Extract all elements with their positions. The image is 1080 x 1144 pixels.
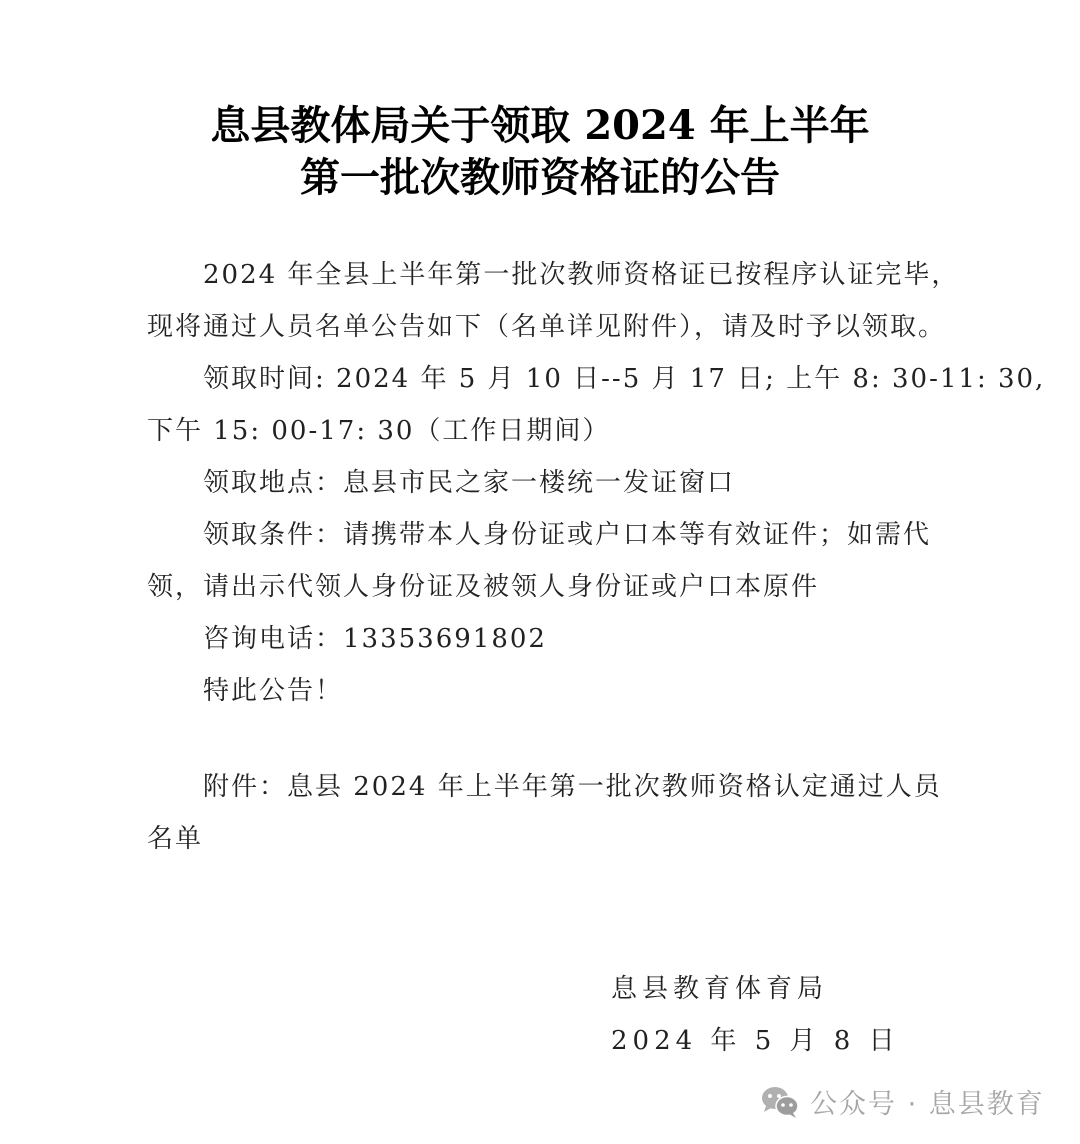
signature-date: 2024 年 5 月 8 日 [611,1020,900,1057]
watermark-text: 公众号 · 息县教育 [810,1082,1045,1121]
pickup-time-cont: 下午 15: 00-17: 30（工作日期间） [147,410,610,447]
body-paragraph-intro: 2024 年全县上半年第一批次教师资格证已按程序认证完毕， [203,254,959,291]
attachment-note-cont: 名单 [147,818,203,855]
wechat-watermark: 公众号 · 息县教育 [760,1082,1045,1121]
pickup-conditions-cont: 领，请出示代领人身份证及被领人身份证或户口本原件 [147,566,819,603]
title-line-2: 第一批次教师资格证的公告 [0,146,1080,203]
wechat-icon [760,1085,800,1119]
pickup-time: 领取时间: 2024 年 5 月 10 日--5 月 17 日; 上午 8: 3… [203,358,1045,395]
attachment-note: 附件：息县 2024 年上半年第一批次教师资格认定通过人员 [203,766,942,803]
closing-remark: 特此公告！ [203,670,343,707]
pickup-conditions: 领取条件：请携带本人身份证或户口本等有效证件；如需代 [203,514,931,551]
body-paragraph-intro-cont: 现将通过人员名单公告如下（名单详见附件），请及时予以领取。 [147,306,946,343]
contact-phone: 咨询电话：13353691802 [203,618,547,655]
title-line-1: 息县教体局关于领取 2024 年上半年 [0,94,1080,151]
signature-organization: 息县教育体育局 [611,968,828,1005]
pickup-location: 领取地点：息县市民之家一楼统一发证窗口 [203,462,735,499]
